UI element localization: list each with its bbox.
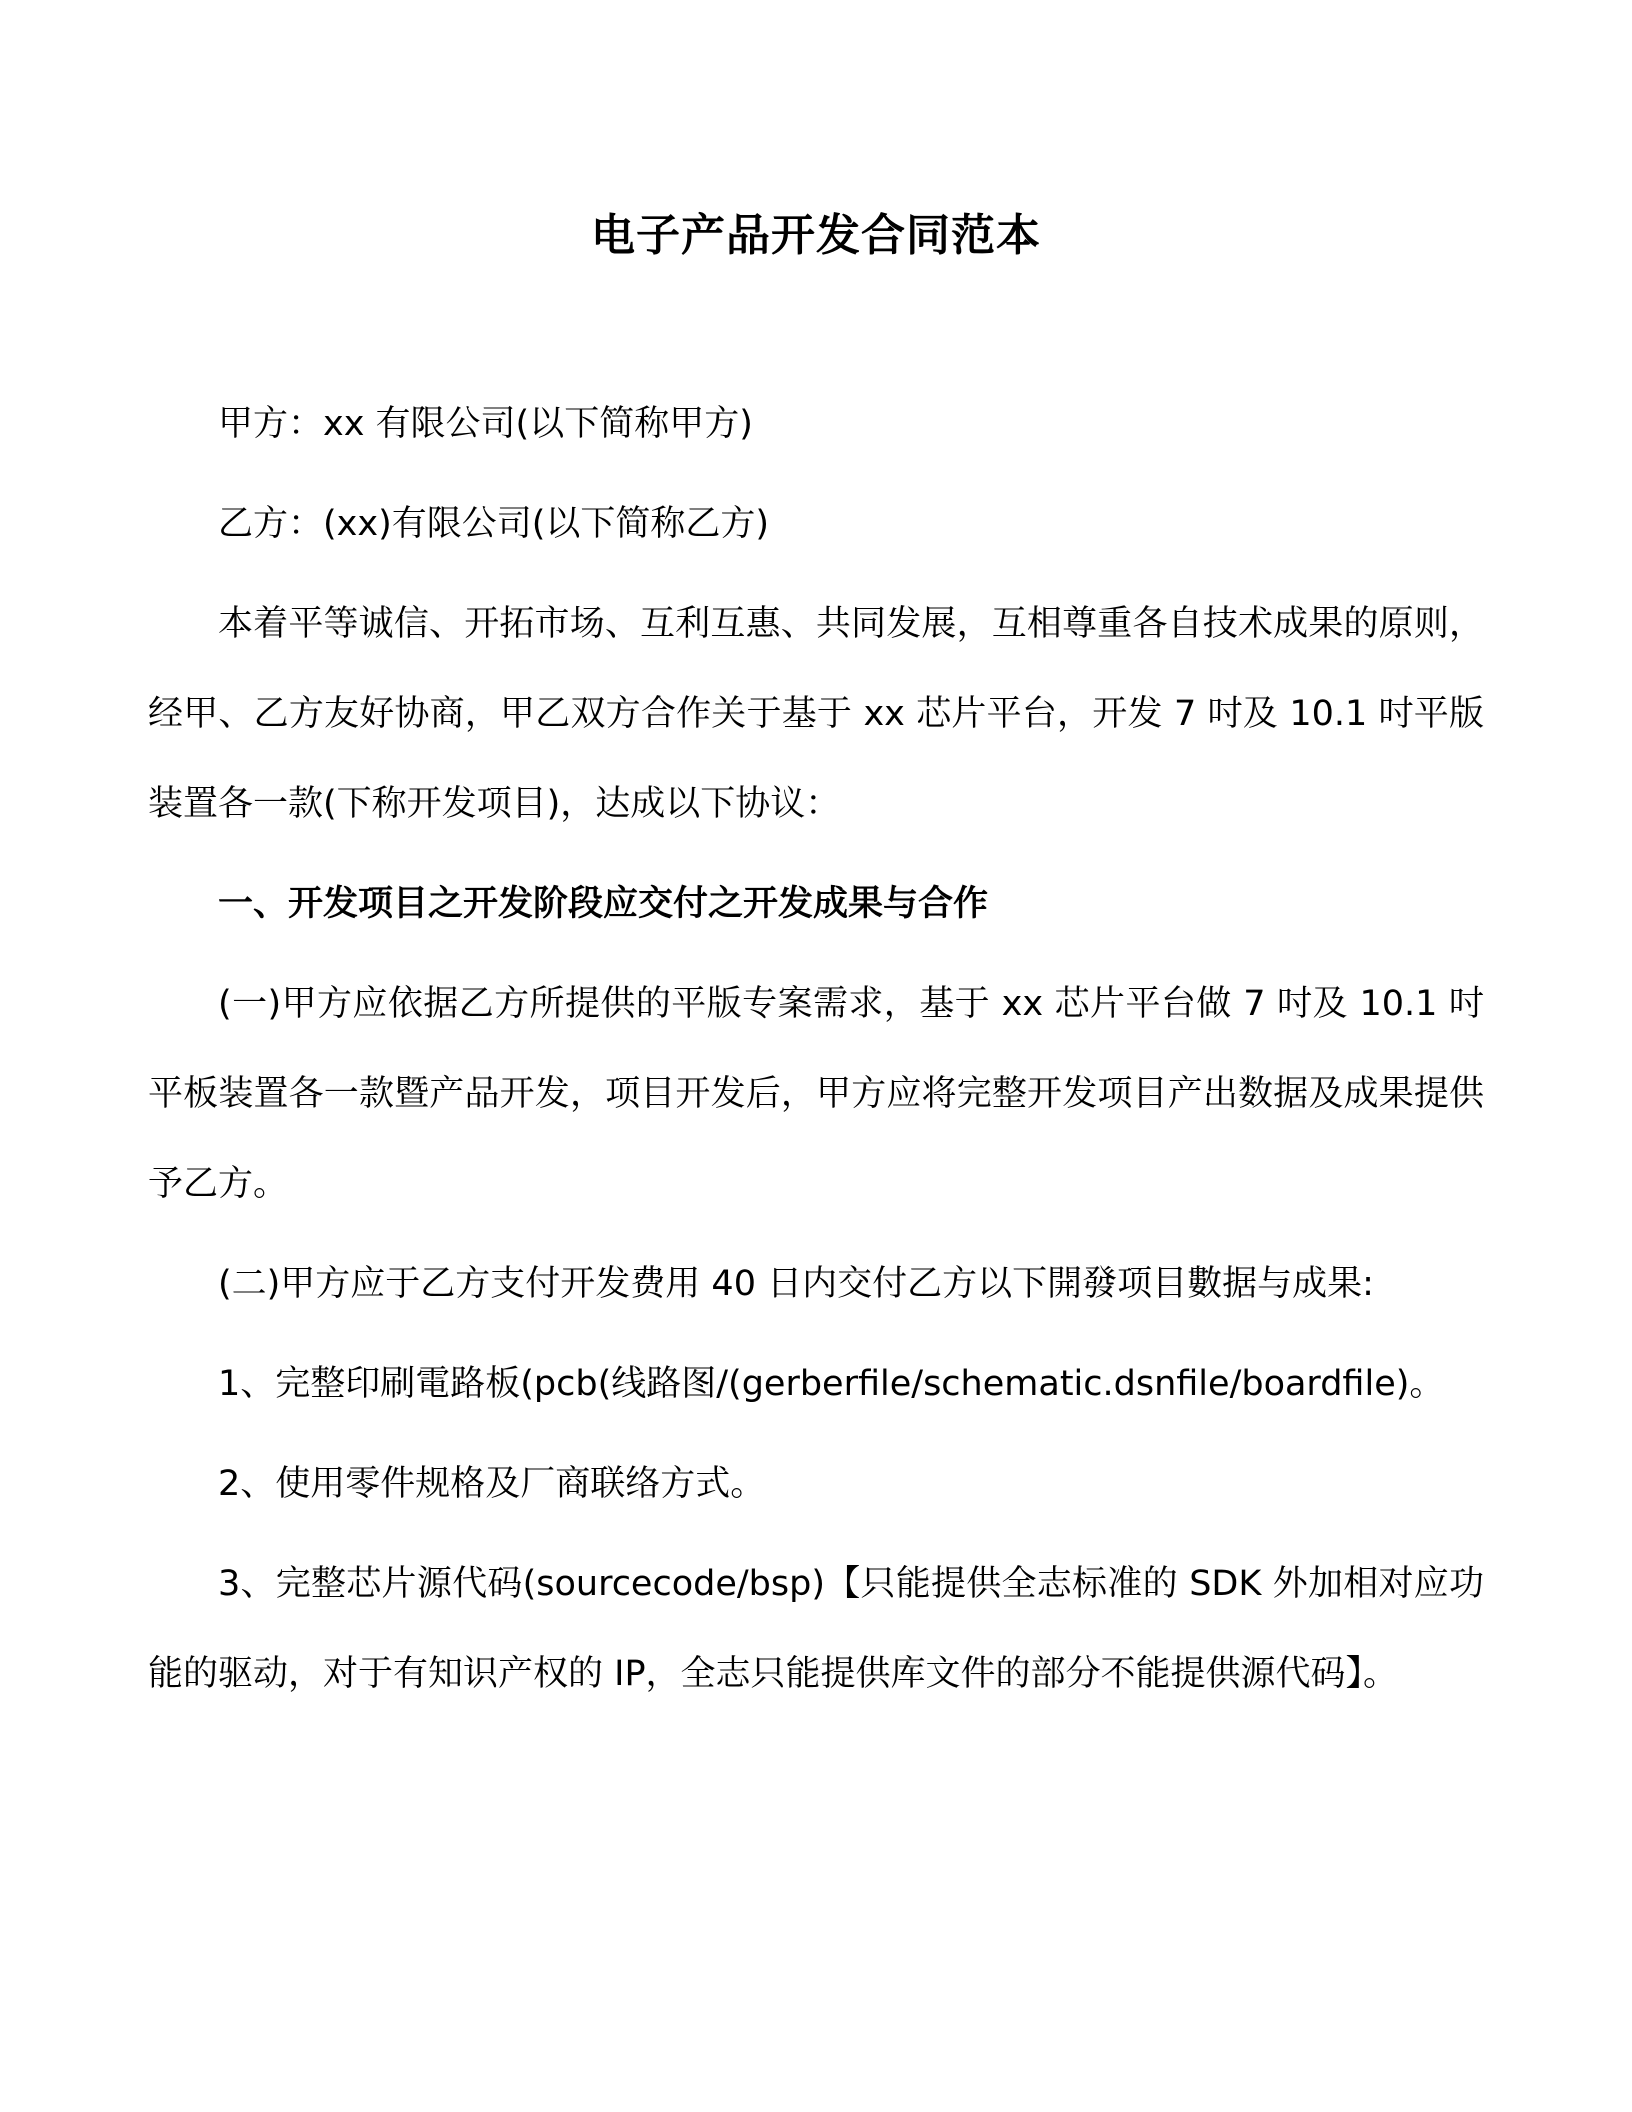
document-page: 电子产品开发合同范本 甲方：xx 有限公司(以下简称甲方)乙方：(xx)有限公司… [0,0,1632,2112]
paragraph: 乙方：(xx)有限公司(以下简称乙方) [148,479,1484,569]
paragraph: 3、完整芯片源代码(sourcecode/bsp)【只能提供全志标准的 SDK … [148,1539,1484,1719]
document-body: 甲方：xx 有限公司(以下简称甲方)乙方：(xx)有限公司(以下简称乙方)本着平… [148,379,1484,1719]
paragraph: 一、开发项目之开发阶段应交付之开发成果与合作 [148,859,1484,949]
paragraph: 1、完整印刷電路板(pcb(线路图/(gerberfile/schematic.… [148,1339,1484,1429]
paragraph: 本着平等诚信、开拓市场、互利互惠、共同发展，互相尊重各自技术成果的原则，经甲、乙… [148,579,1484,849]
paragraph: 2、使用零件规格及厂商联络方式。 [148,1439,1484,1529]
paragraph: (一)甲方应依据乙方所提供的平版专案需求，基于 xx 芯片平台做 7 吋及 10… [148,959,1484,1229]
paragraph: (二)甲方应于乙方支付开发费用 40 日内交付乙方以下開發项目數据与成果: [148,1239,1484,1329]
document-title: 电子产品开发合同范本 [148,205,1484,267]
paragraph: 甲方：xx 有限公司(以下简称甲方) [148,379,1484,469]
